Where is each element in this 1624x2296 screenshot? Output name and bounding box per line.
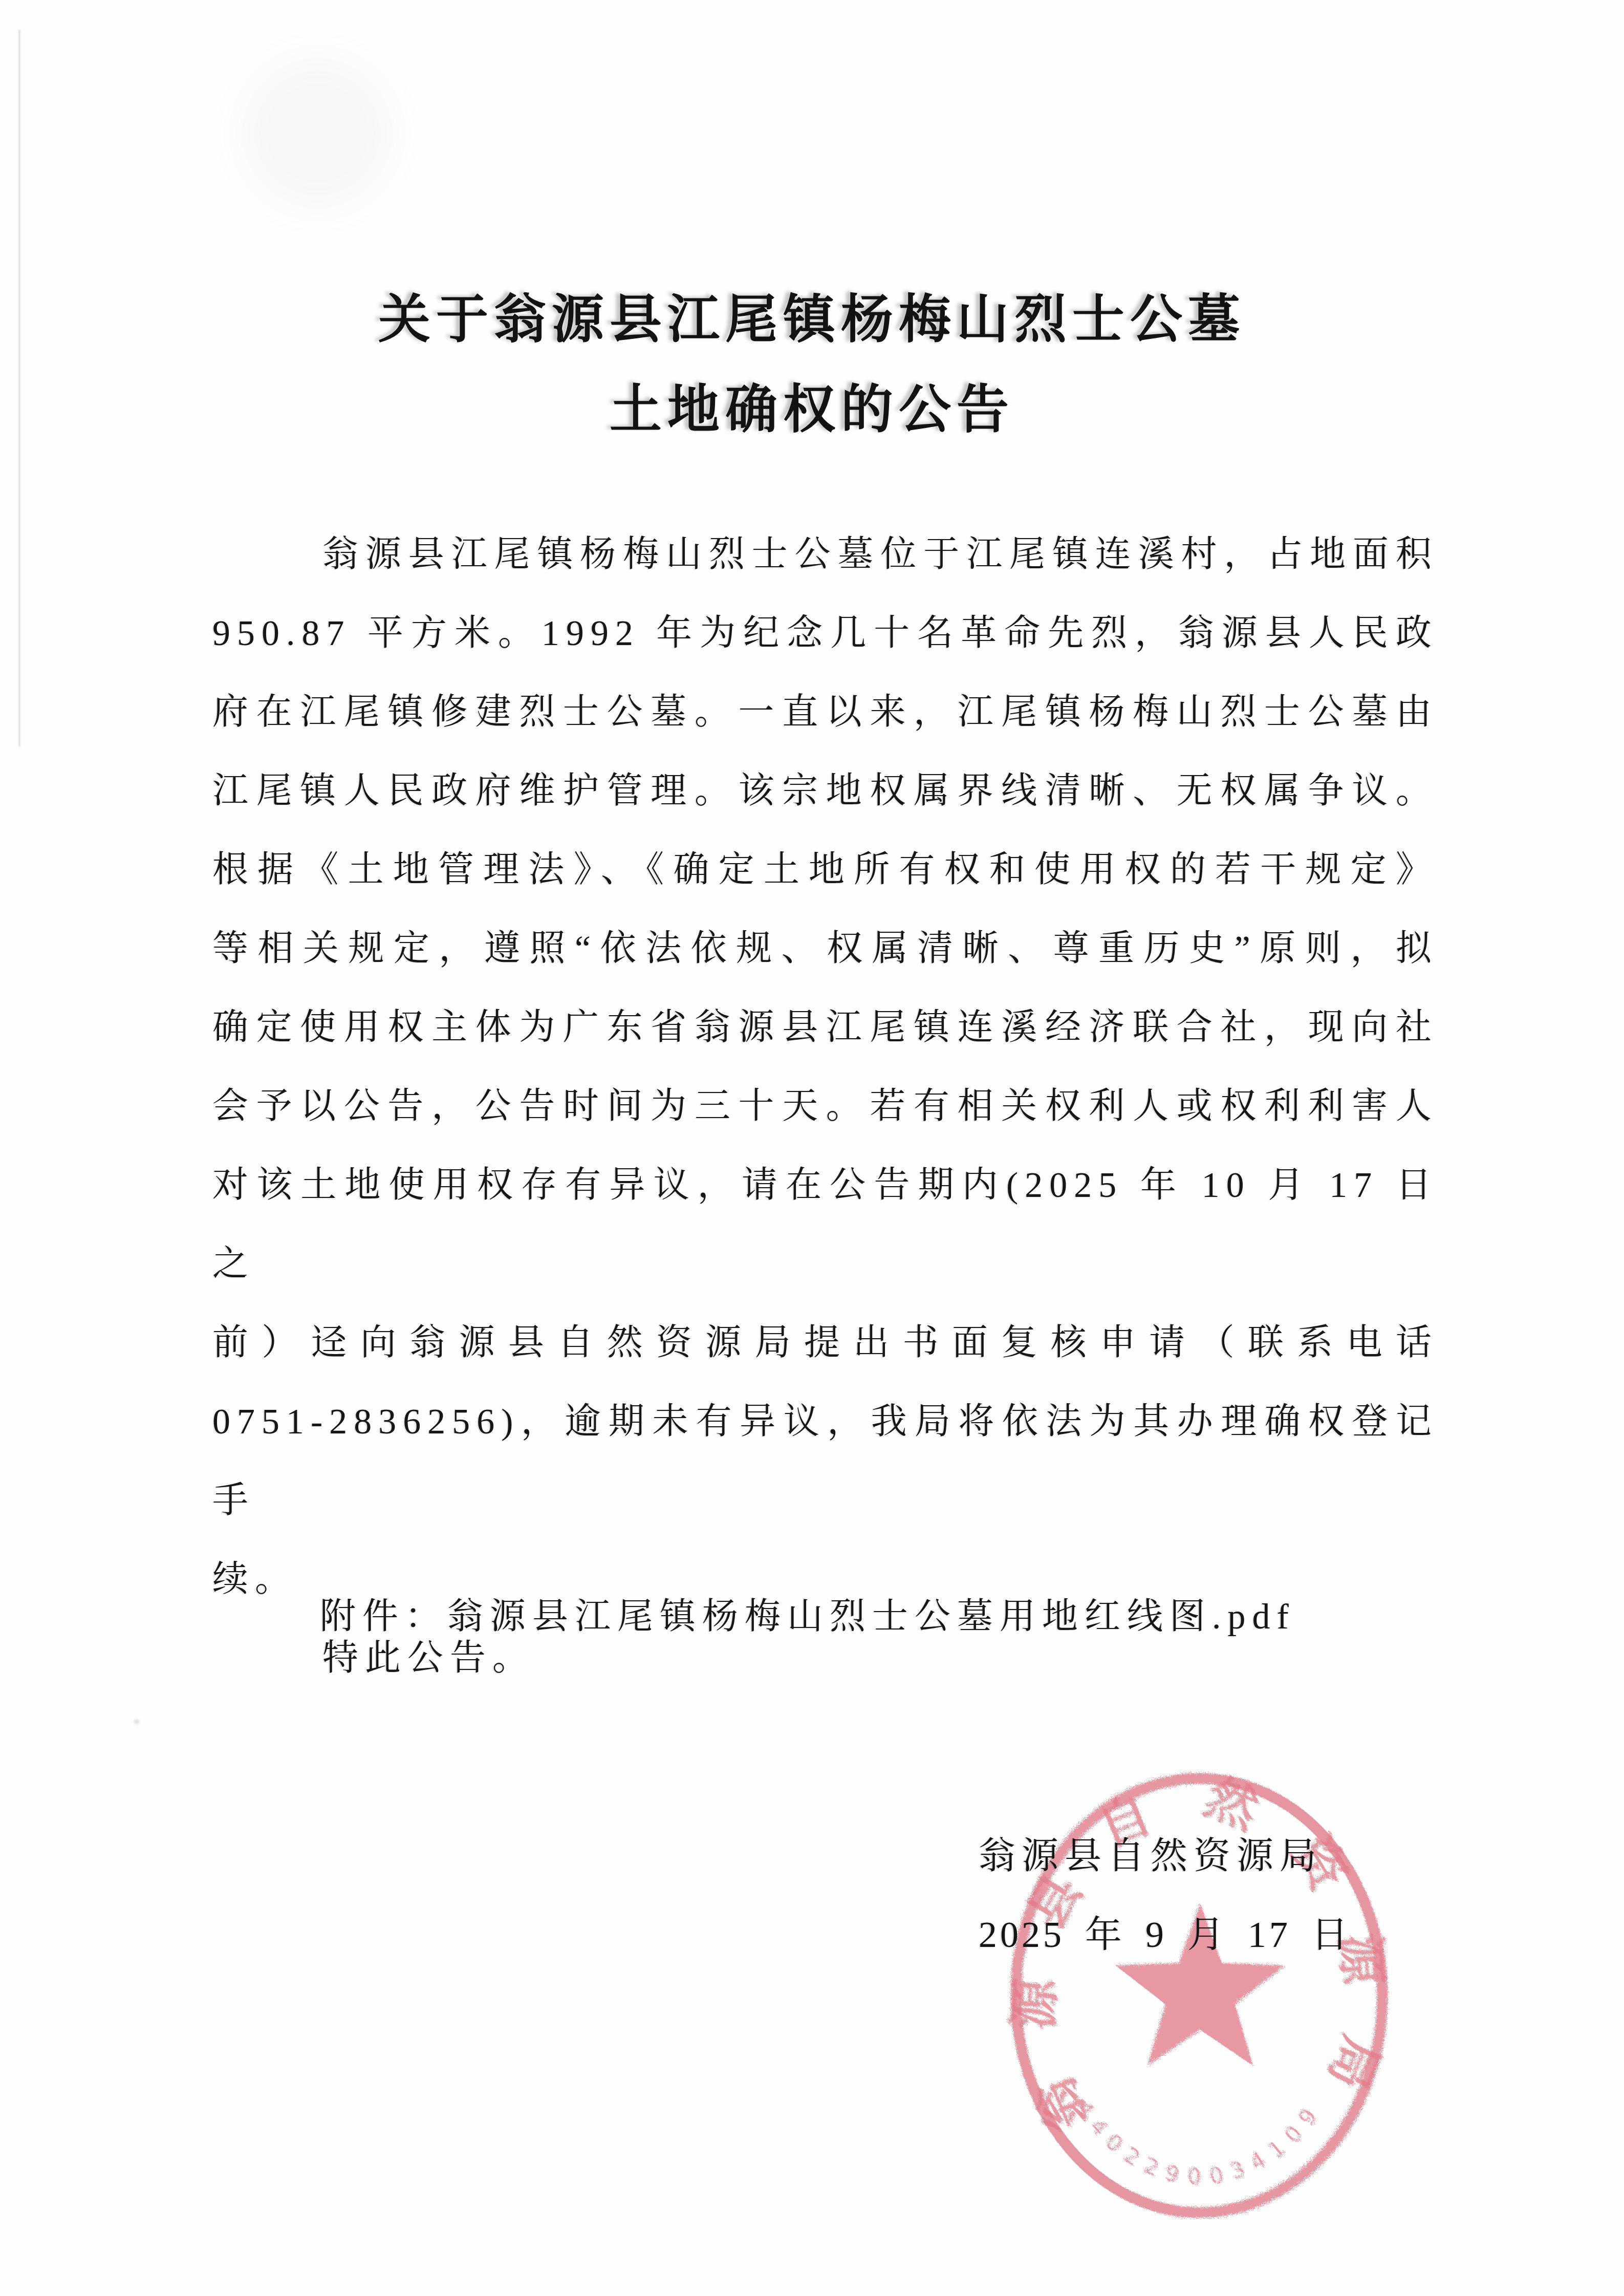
body-line-5: 根据《土地管理法》、《确定土地所有权和使用权的若干规定》 bbox=[212, 831, 1438, 910]
body-line-11: 0751-2836256)，逾期未有异议，我局将依法为其办理确权登记手 bbox=[212, 1383, 1438, 1540]
body-line-8: 会予以公告，公告时间为三十天。若有相关权利人或权利利害人 bbox=[212, 1067, 1438, 1146]
page-title: 关于翁源县江尾镇杨梅山烈士公墓 土地确权的公告 bbox=[0, 275, 1624, 456]
page-title-line-2: 土地确权的公告 bbox=[0, 366, 1624, 456]
body-line-3: 府在江尾镇修建烈士公墓。一直以来，江尾镇杨梅山烈士公墓由 bbox=[212, 673, 1438, 752]
scan-artifact-smudge bbox=[241, 56, 394, 210]
body-line-10: 前）迳向翁源县自然资源局提出书面复核申请（联系电话 bbox=[212, 1304, 1438, 1383]
body-paragraph: 翁源县江尾镇杨梅山烈士公墓位于江尾镇连溪村，占地面积 950.87 平方米。19… bbox=[212, 516, 1438, 1698]
scanned-announcement-page: 翁源县自然资源局 4402290034109 关于翁源县江尾镇杨梅山烈士公墓 土… bbox=[0, 0, 1624, 2296]
seal-serial-number: 4402290034109 bbox=[1071, 2096, 1328, 2190]
body-line-4: 江尾镇人民政府维护管理。该宗地权属界线清晰、无权属争议。 bbox=[212, 752, 1438, 831]
body-line-9: 对该土地使用权存有异议，请在公告期内(2025 年 10 月 17 日之 bbox=[212, 1146, 1438, 1304]
body-line-1: 翁源县江尾镇杨梅山烈士公墓位于江尾镇连溪村，占地面积 bbox=[212, 516, 1438, 594]
signature-date: 2025 年 9 月 17 日 bbox=[979, 1895, 1351, 1974]
svg-text:4402290034109: 4402290034109 bbox=[1071, 2096, 1328, 2190]
scan-artifact-speck bbox=[134, 1719, 139, 1724]
signature-block: 翁源县自然资源局 2025 年 9 月 17 日 bbox=[979, 1816, 1351, 1974]
signature-agency: 翁源县自然资源局 bbox=[979, 1816, 1351, 1895]
body-line-6: 等相关规定，遵照“依法依规、权属清晰、尊重历史”原则，拟 bbox=[212, 910, 1438, 989]
body-line-2: 950.87 平方米。1992 年为纪念几十名革命先烈，翁源县人民政 bbox=[212, 594, 1438, 673]
page-title-line-1: 关于翁源县江尾镇杨梅山烈士公墓 bbox=[0, 275, 1624, 366]
body-line-7: 确定使用权主体为广东省翁源县江尾镇连溪经济联合社，现向社 bbox=[212, 989, 1438, 1067]
attachment-line: 附件：翁源县江尾镇杨梅山烈士公墓用地红线图.pdf bbox=[212, 1578, 1492, 1657]
